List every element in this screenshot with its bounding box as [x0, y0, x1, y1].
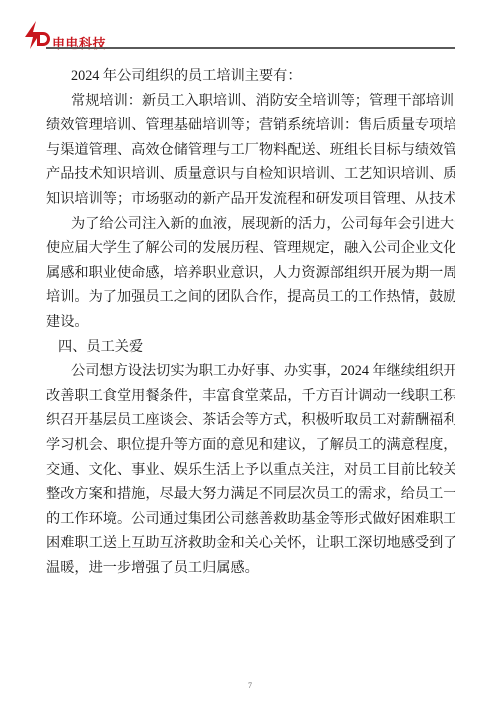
text-line: 知识培训等；市场驱动的新产品开发流程和研发项目管理、从技术走向管理等。	[46, 187, 455, 211]
text-line: 织召开基层员工座谈会、茶话会等方式，积极听取员工对薪酬福利、劳动保护、	[46, 408, 455, 432]
section-heading: 四、员工关爱	[58, 335, 455, 359]
text-line: 困难职工送上互助互济救助金和关心关怀，让职工深切地感受到了诺力大家庭的	[46, 531, 455, 555]
text-line: 为了给公司注入新的血液，展现新的活力，公司每年会引进大学生员工。为	[71, 212, 455, 236]
text-line: 绩效管理培训、管理基础培训等；营销系统培训：售后质量专项培训、市场营销	[46, 113, 455, 137]
text-line: 改善职工食堂用餐条件，丰富食堂菜品，千方百计调动一线职工积极性。通过组	[46, 384, 455, 408]
text-line: 交通、文化、事业、娱乐生活上予以重点关注，对员工目前比较关注的问题提出	[46, 458, 455, 482]
text-line: 培训。为了加强员工之间的团队合作，提高员工的工作热情，鼓励员工参与部门	[46, 285, 455, 309]
page-number: 7	[0, 681, 500, 690]
text-line: 常规培训：新员工入职培训、消防安全培训等；管理干部培训：行政管理、	[71, 89, 455, 113]
text-line: 属感和职业使命感，培养职业意识，人力资源部组织开展为期一周的大学生入职	[46, 261, 455, 285]
text-line: 整改方案和措施，尽最大努力满足不同层次员工的需求，给员工一个温馨、和谐	[46, 482, 455, 506]
text-line: 建设。	[46, 310, 455, 334]
lightning-logo-icon	[22, 20, 52, 50]
text-line: 公司想方设法切实为职工办好事、办实事，2024 年继续组织开展职工体检，	[71, 359, 455, 383]
header-rule	[46, 47, 455, 49]
text-line: 2024 年公司组织的员工培训主要有：	[71, 64, 455, 88]
text-line: 使应届大学生了解公司的发展历程、管理规定，融入公司企业文化，增进企业归	[46, 236, 455, 260]
text-line: 产品技术知识培训、质量意识与自检知识培训、工艺知识培训、质量体系内审员	[46, 162, 455, 186]
brand-name: 申电科技	[52, 33, 106, 52]
text-line: 温暖，进一步增强了员工归属感。	[46, 556, 455, 580]
text-line: 的工作环境。公司通过集团公司慈善救助基金等形式做好困难职工帮扶工作，为	[46, 507, 455, 531]
text-line: 学习机会、职位提升等方面的意见和建议，了解员工的满意程度，有针对性地在	[46, 433, 455, 457]
page-header: 申电科技	[0, 0, 500, 60]
text-line: 与渠道管理、高效仓储管理与工厂物料配送、班组长目标与绩效管理、高效早会、	[46, 138, 455, 162]
